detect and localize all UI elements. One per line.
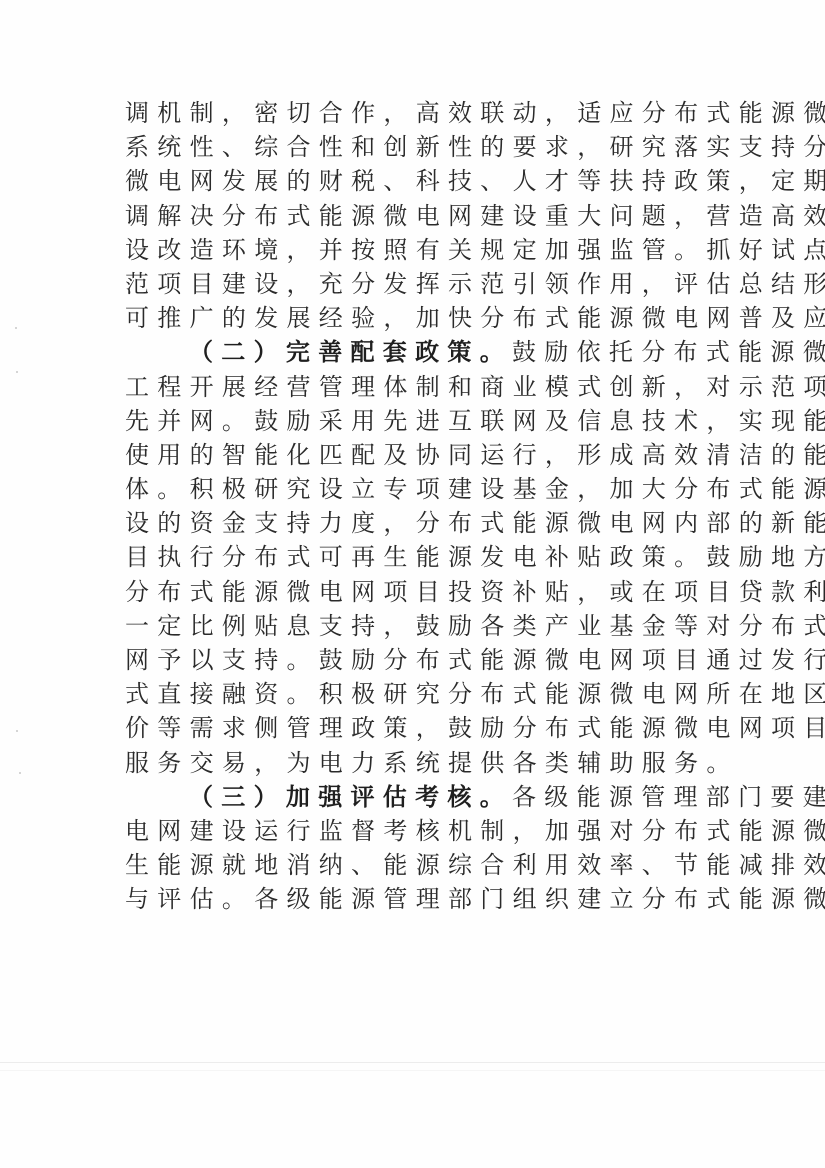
section-first-line: （三）加强评估考核。各级能源管理部门要建立健全微 xyxy=(125,780,709,814)
scanned-document-page: 调机制，密切合作，高效联动，适应分布式能源微电网建设 系统性、综合性和创新性的要… xyxy=(0,0,825,1168)
scan-seam-line xyxy=(0,1062,825,1063)
scan-speck xyxy=(15,327,17,329)
text-line: 目执行分布式可再生能源发电补贴政策。鼓励地方政府给予 xyxy=(125,540,709,574)
document-body: 调机制，密切合作，高效联动，适应分布式能源微电网建设 系统性、综合性和创新性的要… xyxy=(125,96,709,917)
text-line: 分布式能源微电网项目投资补贴，或在项目贷款利息上给予 xyxy=(125,575,709,609)
text-line: 工程开展经营管理体制和商业模式创新，对示范项目实行优 xyxy=(125,370,709,404)
scan-speck xyxy=(16,730,18,732)
text-line: 网予以支持。鼓励分布式能源微电网项目通过发行债券等方 xyxy=(125,643,709,677)
text-line: 与评估。各级能源管理部门组织建立分布式能源微电网的监 xyxy=(125,882,709,916)
text-span: 各级能源管理部门要建立健全微 xyxy=(512,783,825,811)
text-line: 式直接融资。积极研究分布式能源微电网所在地区的分时电 xyxy=(125,677,709,711)
text-line: 可推广的发展经验，加快分布式能源微电网普及应用。 xyxy=(125,301,709,335)
text-line: 调解决分布式能源微电网建设重大问题，营造高效顺畅的建 xyxy=(125,199,709,233)
text-line: 调机制，密切合作，高效联动，适应分布式能源微电网建设 xyxy=(125,96,709,130)
scan-speck xyxy=(16,371,18,373)
section-first-line: （二）完善配套政策。鼓励依托分布式能源微电网示范 xyxy=(125,335,709,369)
text-line: 价等需求侧管理政策，鼓励分布式能源微电网项目参与辅助 xyxy=(125,711,709,745)
text-line: 服务交易，为电力系统提供各类辅助服务。 xyxy=(125,746,709,780)
text-line: 体。积极研究设立专项建设基金，加大分布式能源微电网建 xyxy=(125,472,709,506)
text-line: 使用的智能化匹配及协同运行，形成高效清洁的能源利用载 xyxy=(125,438,709,472)
text-line: 设改造环境，并按照有关规定加强监管。抓好试点地区和示 xyxy=(125,233,709,267)
section-heading: （三）加强评估考核。 xyxy=(189,782,512,811)
section-heading: （二）完善配套政策。 xyxy=(189,337,512,366)
text-line: 生能源就地消纳、能源综合利用效率、节能减排效益等考核 xyxy=(125,848,709,882)
text-line: 先并网。鼓励采用先进互联网及信息技术，实现能源生产和 xyxy=(125,404,709,438)
scan-speck xyxy=(19,772,21,774)
text-span: 鼓励依托分布式能源微电网示范 xyxy=(512,338,825,366)
text-line: 一定比例贴息支持，鼓励各类产业基金等对分布式能源微电 xyxy=(125,609,709,643)
text-line: 系统性、综合性和创新性的要求，研究落实支持分布式能源 xyxy=(125,130,709,164)
text-line: 微电网发展的财税、科技、人才等扶持政策，定期研究和协 xyxy=(125,164,709,198)
text-line: 范项目建设，充分发挥示范引领作用，评估总结形成可复制、 xyxy=(125,267,709,301)
text-line: 设的资金支持力度，分布式能源微电网内部的新能源发电项 xyxy=(125,506,709,540)
text-line: 电网建设运行监督考核机制，加强对分布式能源微电网可再 xyxy=(125,814,709,848)
scan-seam-line xyxy=(0,1070,825,1071)
